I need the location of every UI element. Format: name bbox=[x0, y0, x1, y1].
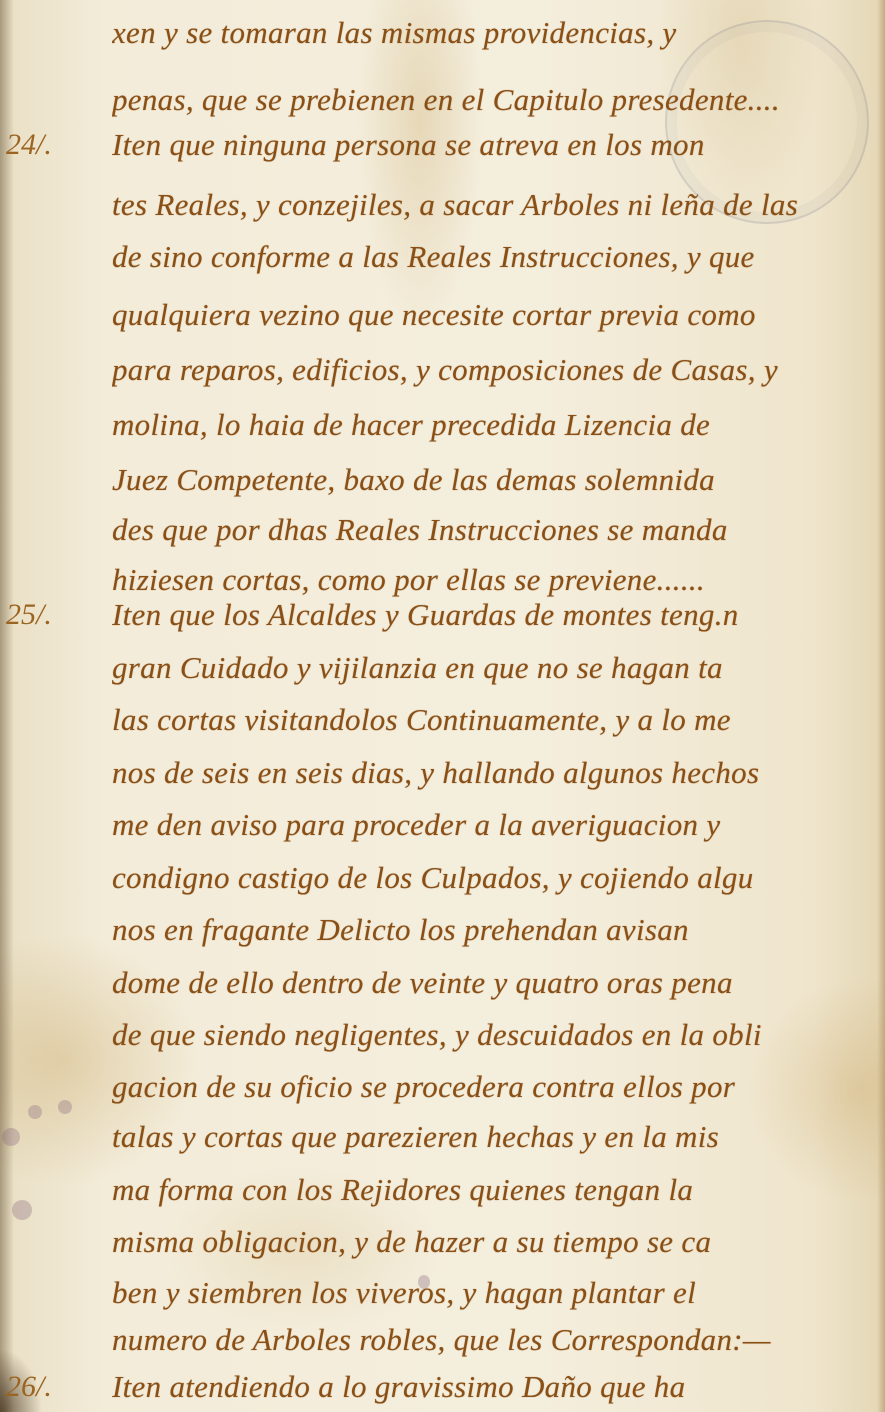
text-line: para reparos, edificios, y composiciones… bbox=[112, 345, 857, 395]
text-line: me den aviso para proceder a la averigua… bbox=[112, 800, 857, 850]
text-line: ma forma con los Rejidores quienes tenga… bbox=[112, 1165, 857, 1215]
text-line: Juez Competente, baxo de las demas solem… bbox=[112, 455, 857, 505]
text-line: qualquiera vezino que necesite cortar pr… bbox=[112, 290, 857, 340]
text-line: misma obligacion, y de hazer a su tiempo… bbox=[112, 1217, 857, 1267]
text-line: penas, que se prebienen en el Capitulo p… bbox=[112, 75, 857, 125]
text-line: de sino conforme a las Reales Instruccio… bbox=[112, 232, 857, 282]
text-line: numero de Arboles robles, que les Corres… bbox=[112, 1315, 857, 1365]
text-line: talas y cortas que parezieren hechas y e… bbox=[112, 1112, 857, 1162]
text-line: las cortas visitandolos Continuamente, y… bbox=[112, 695, 857, 745]
manuscript-text: xen y se tomaran las mismas providencias… bbox=[0, 0, 885, 1412]
text-line: tes Reales, y conzejiles, a sacar Arbole… bbox=[112, 180, 857, 230]
item-number-26: 26/. bbox=[6, 1362, 96, 1412]
item-number-24: 24/. bbox=[6, 120, 96, 170]
text-line: nos en fragante Delicto los prehendan av… bbox=[112, 905, 857, 955]
text-line: gacion de su oficio se procedera contra … bbox=[112, 1062, 857, 1112]
manuscript-page: xen y se tomaran las mismas providencias… bbox=[0, 0, 885, 1412]
text-line-item-25-start: Iten que los Alcaldes y Guardas de monte… bbox=[112, 590, 857, 640]
text-line: de que siendo negligentes, y descuidados… bbox=[112, 1010, 857, 1060]
text-line: dome de ello dentro de veinte y quatro o… bbox=[112, 958, 857, 1008]
text-line: molina, lo haia de hacer precedida Lizen… bbox=[112, 400, 857, 450]
text-line: ben y siembren los viveros, y hagan plan… bbox=[112, 1268, 857, 1318]
text-line: nos de seis en seis dias, y hallando alg… bbox=[112, 748, 857, 798]
text-line: condigno castigo de los Culpados, y coji… bbox=[112, 853, 857, 903]
text-line: des que por dhas Reales Instrucciones se… bbox=[112, 505, 857, 555]
text-line: gran Cuidado y vijilanzia en que no se h… bbox=[112, 643, 857, 693]
text-line-item-26-start: Iten atendiendo a lo gravissimo Daño que… bbox=[112, 1362, 857, 1412]
text-line-item-24-start: Iten que ninguna persona se atreva en lo… bbox=[112, 120, 857, 170]
text-line: xen y se tomaran las mismas providencias… bbox=[112, 8, 857, 58]
item-number-25: 25/. bbox=[6, 590, 96, 640]
